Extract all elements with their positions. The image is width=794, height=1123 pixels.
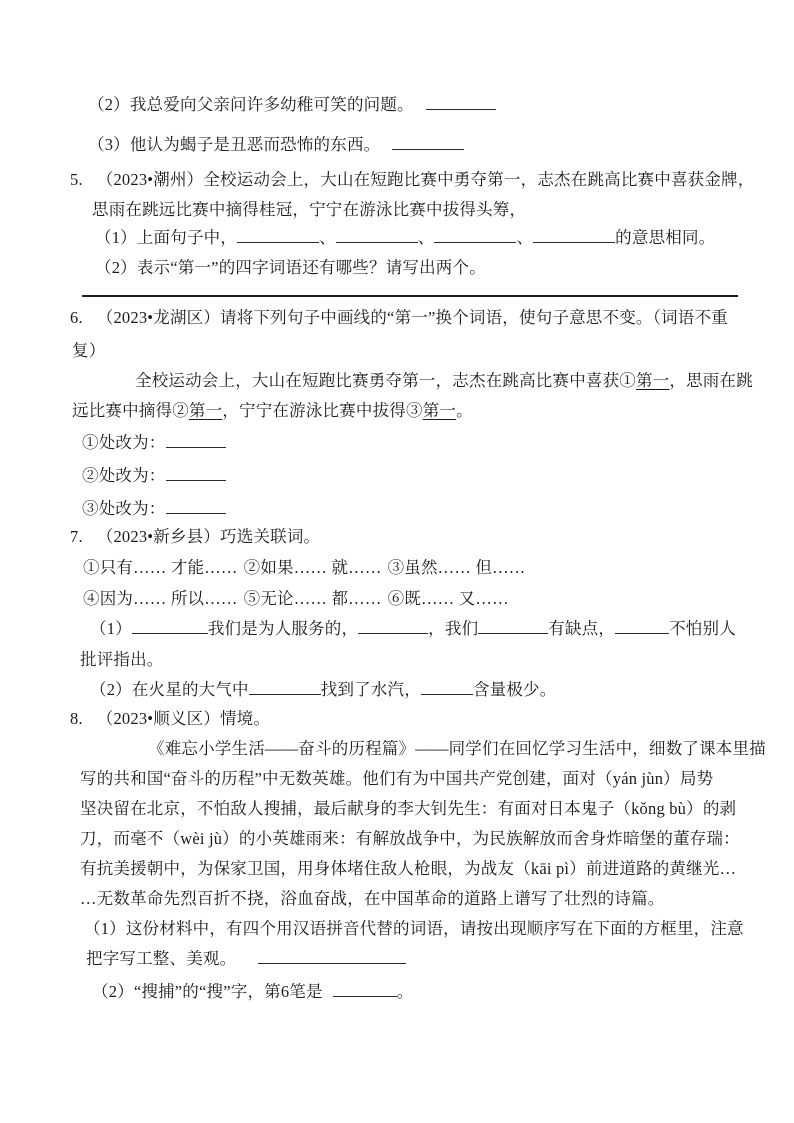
text-segment: …无数革命先烈百折不挠，浴血奋战，在中国革命的道路上谱写了壮烈的诗篇。 xyxy=(80,889,665,908)
text-segment: ①只有…… 才能…… xyxy=(83,558,238,577)
spacer xyxy=(414,108,426,110)
spacer xyxy=(83,183,97,185)
text-segment: 、 xyxy=(418,228,435,247)
text-segment: ⑤无论…… 都…… xyxy=(244,589,382,608)
answer-blank[interactable] xyxy=(533,227,615,243)
text-segment: 把字写工整、美观。 xyxy=(86,949,236,968)
q6-blank-2: ②处改为： xyxy=(82,464,226,488)
spacer xyxy=(236,962,258,964)
text-segment: ，我们 xyxy=(428,619,478,638)
text-segment: 全校运动会上，大山在短跑比赛勇夺第一，志杰在跳高比赛中喜获① xyxy=(135,371,636,390)
text-segment: （2）“搜捕”的“搜”字，第6笔是 xyxy=(92,982,323,1001)
answer-blank[interactable] xyxy=(166,465,226,481)
q8-sub-1: （1）这份材料中，有四个用汉语拼音代替的词语，请按出现顺序写在下面的方框里，注意 xyxy=(84,917,744,941)
answer-blank[interactable] xyxy=(358,618,428,634)
spacer xyxy=(323,995,333,997)
q8-body-5: 有抗美援朝中，为保家卫国，用身体堵住敌人枪眼，为战友（kāi pì）前进道路的黄… xyxy=(80,857,736,881)
answer-blank[interactable] xyxy=(336,227,418,243)
text-segment: 写的共和国“奋斗的历程”中无数英雄。他们有为中国共产党创建，面对（yán jùn… xyxy=(80,769,713,788)
text-segment: 含量极少。 xyxy=(473,680,557,699)
text-segment: 8. xyxy=(70,709,83,728)
text-segment: （1） xyxy=(90,619,132,638)
q6-header-wrap: 复） xyxy=(72,339,105,363)
text-segment: ①处改为： xyxy=(82,433,166,452)
q7-options-2: ④因为…… 所以……⑤无论…… 都……⑥既…… 又…… xyxy=(83,587,509,611)
text-segment: 我们是为人服务的， xyxy=(208,619,358,638)
underlined-term: 第一 xyxy=(636,371,669,390)
answer-blank[interactable] xyxy=(132,618,208,634)
answer-blank[interactable] xyxy=(237,227,319,243)
answer-blank[interactable] xyxy=(426,94,496,110)
q8-body-4: 刀，而毫不（wèi jù）的小英雄雨来：有解放战争中，为民族解放而舍身炸暗堡的董… xyxy=(80,827,740,851)
q5-header-wrap: 思雨在跳远比赛中摘得桂冠，宁宁在游泳比赛中拔得头筹， xyxy=(92,198,526,222)
q8-sub-1-wrap: 把字写工整、美观。 xyxy=(86,947,406,971)
text-segment: （2023•潮州）全校运动会上，大山在短跑比赛中勇夺第一，志杰在跳高比赛中喜获金… xyxy=(97,170,755,189)
text-segment: 。 xyxy=(397,982,414,1001)
underlined-term: 第一 xyxy=(189,401,222,420)
text-segment: ②如果…… 就…… xyxy=(244,558,382,577)
text-segment: 复） xyxy=(72,341,105,360)
text-segment: （2）表示“第一”的四字词语还有哪些？请写出两个。 xyxy=(95,258,486,277)
q8-sub-2: （2）“搜捕”的“搜”字，第6笔是。 xyxy=(92,980,413,1004)
text-segment: ③处改为： xyxy=(82,499,166,518)
document-page: （2）我总爱向父亲问许多幼稚可笑的问题。（3）他认为蝎子是丑恶而恐怖的东西。5.… xyxy=(0,0,794,1123)
text-segment: 7. xyxy=(70,527,83,546)
q8-body-2: 写的共和国“奋斗的历程”中无数英雄。他们有为中国共产党创建，面对（yán jùn… xyxy=(80,767,713,791)
spacer xyxy=(83,321,97,323)
answer-blank[interactable] xyxy=(166,498,226,514)
text-segment: ②处改为： xyxy=(82,466,166,485)
text-segment: 批评指出。 xyxy=(80,650,164,669)
text-segment: （1）这份材料中，有四个用汉语拼音代替的词语，请按出现顺序写在下面的方框里，注意 xyxy=(84,919,744,938)
q5-sub-1: （1）上面句子中，、、、的意思相同。 xyxy=(95,226,715,250)
text-segment: （1）上面句子中， xyxy=(95,228,237,247)
answer-blank[interactable] xyxy=(333,981,397,997)
q6-body-1: 全校运动会上，大山在短跑比赛勇夺第一，志杰在跳高比赛中喜获①第一，思雨在跳 xyxy=(135,369,753,393)
prev-question-item-3: （3）他认为蝎子是丑恶而恐怖的东西。 xyxy=(88,133,464,157)
text-segment: （3）他认为蝎子是丑恶而恐怖的东西。 xyxy=(88,135,380,154)
text-segment: 。 xyxy=(456,401,473,420)
text-segment: 找到了水汽， xyxy=(321,680,421,699)
text-segment: （2023•龙湖区）请将下列句子中画线的“第一”换个词语，使句子意思不变。（词语… xyxy=(97,308,728,327)
text-segment: 远比赛中摘得② xyxy=(72,401,189,420)
q7-sub-2: （2）在火星的大气中找到了水汽，含量极少。 xyxy=(90,678,556,702)
text-segment: 的意思相同。 xyxy=(615,228,715,247)
text-segment: ⑥既…… 又…… xyxy=(388,589,509,608)
q6-blank-1: ①处改为： xyxy=(82,431,226,455)
text-segment: （2023•顺义区）情境。 xyxy=(97,709,270,728)
q6-body-2: 远比赛中摘得②第一，宁宁在游泳比赛中拔得③第一。 xyxy=(72,399,473,423)
text-segment: 6. xyxy=(70,308,83,327)
text-segment: 有抗美援朝中，为保家卫国，用身体堵住敌人枪眼，为战友（kāi pì）前进道路的黄… xyxy=(80,859,736,878)
text-segment: ，宁宁在游泳比赛中拔得③ xyxy=(222,401,422,420)
q8-body-6: …无数革命先烈百折不挠，浴血奋战，在中国革命的道路上谱写了壮烈的诗篇。 xyxy=(80,887,665,911)
text-segment: 5. xyxy=(70,170,83,189)
answer-blank[interactable] xyxy=(478,618,548,634)
text-segment: 刀，而毫不（wèi jù）的小英雄雨来：有解放战争中，为民族解放而舍身炸暗堡的董… xyxy=(80,829,740,848)
spacer xyxy=(83,540,97,542)
q8-body-3: 坚决留在北京，不怕敌人搜捕，最后献身的李大钊先生：有面对日本鬼子（kǒng bù… xyxy=(80,797,736,821)
q7-header: 7.（2023•新乡县）巧选关联词。 xyxy=(70,525,320,549)
underlined-term: 第一 xyxy=(423,401,456,420)
answer-blank[interactable] xyxy=(392,134,464,150)
q6-header: 6.（2023•龙湖区）请将下列句子中画线的“第一”换个词语，使句子意思不变。（… xyxy=(70,306,728,330)
prev-question-item-2: （2）我总爱向父亲问许多幼稚可笑的问题。 xyxy=(88,93,496,117)
q8-body-1: 《难忘小学生活——奋斗的历程篇》——同学们在回忆学习生活中，细数了课本里描 xyxy=(148,737,766,761)
spacer xyxy=(83,722,97,724)
answer-blank[interactable] xyxy=(434,227,516,243)
q8-header: 8.（2023•顺义区）情境。 xyxy=(70,707,270,731)
text-segment: 思雨在跳远比赛中摘得桂冠，宁宁在游泳比赛中拔得头筹， xyxy=(92,200,526,219)
text-segment: 、 xyxy=(319,228,336,247)
spacer xyxy=(380,148,392,150)
text-segment: 坚决留在北京，不怕敌人搜捕，最后献身的李大钊先生：有面对日本鬼子（kǒng bù… xyxy=(80,799,736,818)
q7-sub-1: （1）我们是为人服务的，，我们有缺点，不怕别人 xyxy=(90,617,736,641)
text-segment: （2）在火星的大气中 xyxy=(90,680,249,699)
text-segment: （2023•新乡县）巧选关联词。 xyxy=(97,527,320,546)
q5-answer-line[interactable] xyxy=(82,295,738,297)
text-segment: ④因为…… 所以…… xyxy=(83,589,238,608)
text-segment: 、 xyxy=(516,228,533,247)
q7-sub-1-wrap: 批评指出。 xyxy=(80,648,164,672)
answer-blank[interactable] xyxy=(249,679,321,695)
text-segment: ③虽然…… 但…… xyxy=(388,558,526,577)
text-segment: 《难忘小学生活——奋斗的历程篇》——同学们在回忆学习生活中，细数了课本里描 xyxy=(148,739,766,758)
text-segment: 不怕别人 xyxy=(669,619,736,638)
text-segment: （2）我总爱向父亲问许多幼稚可笑的问题。 xyxy=(88,95,414,114)
text-segment: 有缺点， xyxy=(548,619,615,638)
q5-sub-2: （2）表示“第一”的四字词语还有哪些？请写出两个。 xyxy=(95,256,486,280)
q6-blank-3: ③处改为： xyxy=(82,497,226,521)
answer-blank[interactable] xyxy=(421,679,473,695)
answer-blank[interactable] xyxy=(615,618,669,634)
answer-blank[interactable] xyxy=(166,432,226,448)
q5-header: 5.（2023•潮州）全校运动会上，大山在短跑比赛中勇夺第一，志杰在跳高比赛中喜… xyxy=(70,168,754,192)
text-segment: ，思雨在跳 xyxy=(669,371,753,390)
answer-blank[interactable] xyxy=(258,948,406,964)
q7-options-1: ①只有…… 才能……②如果…… 就……③虽然…… 但…… xyxy=(83,556,526,580)
